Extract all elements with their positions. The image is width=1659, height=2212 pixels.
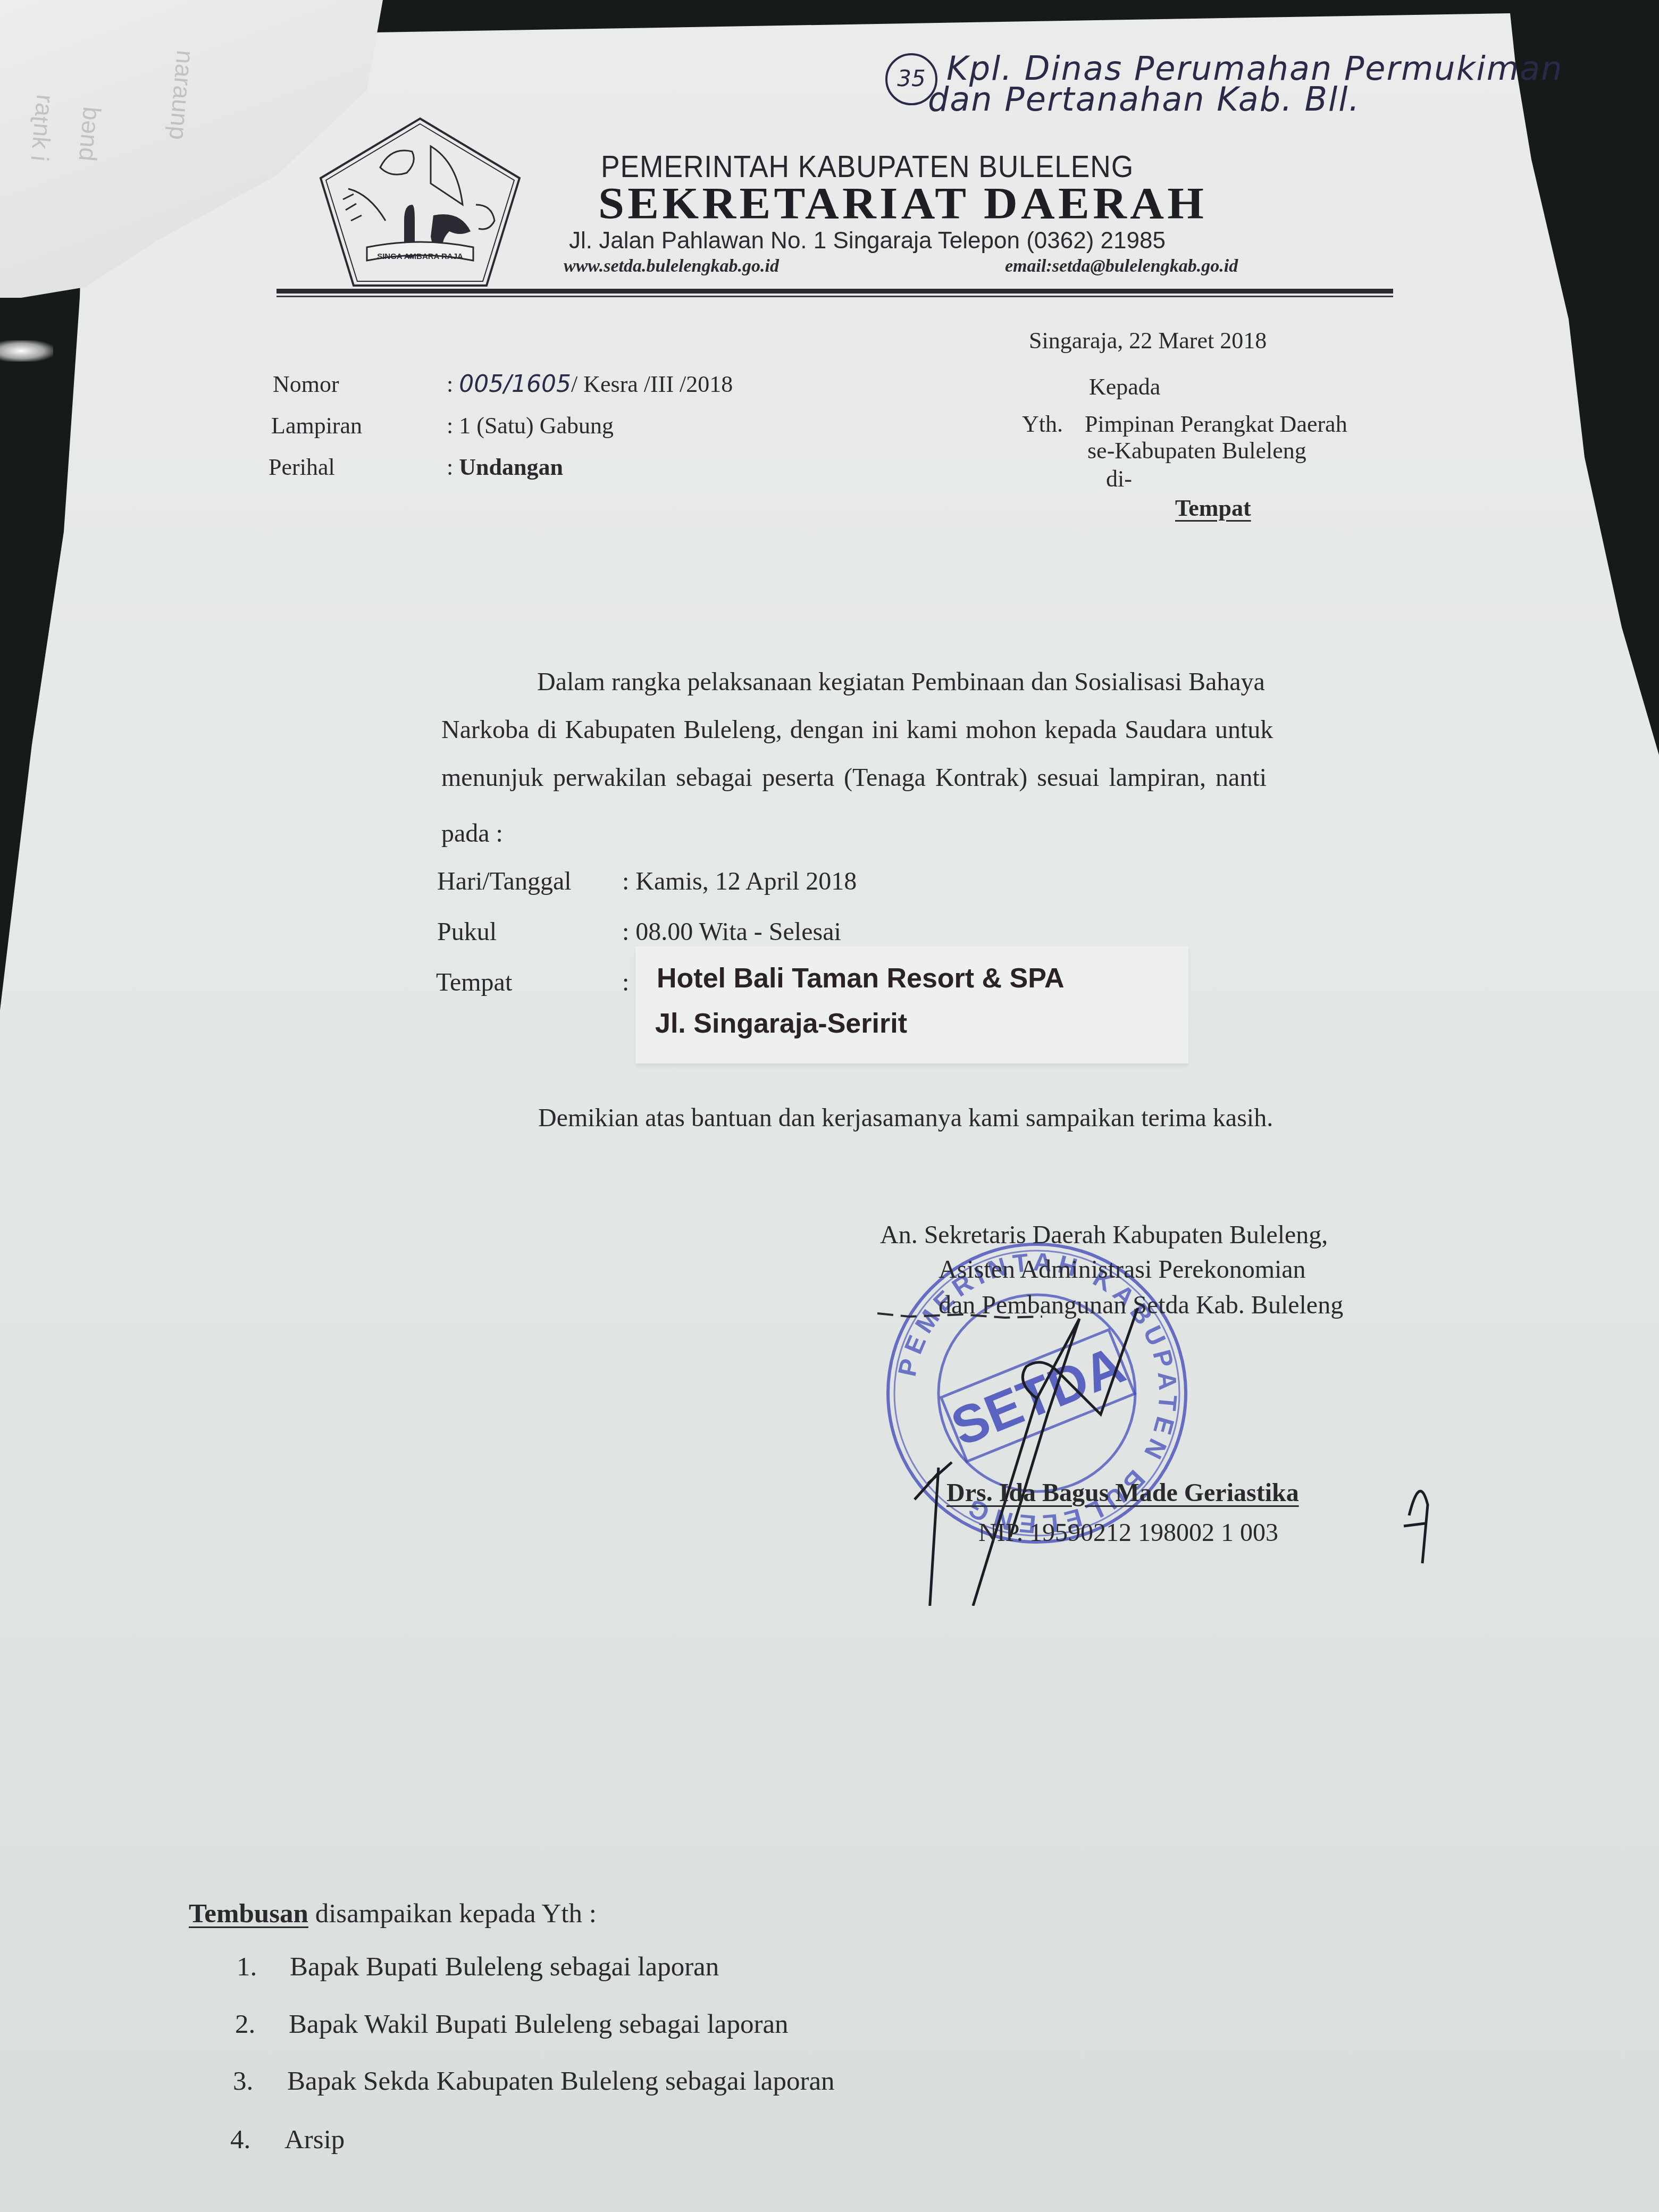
tembusan-heading-bold: Tembusan: [189, 1899, 308, 1929]
letterhead-rule-thick: [276, 289, 1393, 294]
lampiran-value: : 1 (Satu) Gabung: [447, 412, 614, 439]
venue-line1: Hotel Bali Taman Resort & SPA: [657, 962, 1065, 994]
nomor-label: Nomor: [273, 371, 339, 398]
paragraph-line-4: pada :: [441, 819, 503, 848]
recipient-line2: se-Kabupaten Buleleng: [1087, 437, 1306, 464]
yth-label: Yth.: [1022, 410, 1063, 438]
detail-value-place-colon: :: [622, 968, 629, 997]
signature-line2: Asisten Administrasi Perekonomian: [939, 1255, 1306, 1284]
logo-motto: SINGA AMBARA RAJA: [377, 252, 463, 261]
detail-value-date: : Kamis, 12 April 2018: [622, 867, 857, 896]
perihal-label: Perihal: [269, 454, 335, 481]
buleleng-coat-of-arms-icon: SINGA AMBARA RAJA: [316, 114, 524, 290]
letterhead-email: email:setda@bulelengkab.go.id: [1005, 256, 1238, 276]
ghost-text: ᴉ ʞuʇɐɹ: [21, 93, 56, 162]
signature-line1: An. Sekretaris Daerah Kabupaten Buleleng…: [880, 1220, 1328, 1250]
ghost-text: dunɐɹɐu: [160, 49, 196, 141]
letterhead-office: SEKRETARIAT DAERAH: [598, 178, 1207, 230]
separator: :: [447, 371, 453, 397]
signatory-name: Drs. Ida Bagus Made Geriastika: [946, 1478, 1299, 1507]
recipient-di: di-: [1106, 465, 1132, 492]
closing-sentence: Demikian atas bantuan dan kerjasamanya k…: [538, 1103, 1273, 1133]
detail-label-time: Pukul: [437, 917, 497, 946]
separator: :: [447, 413, 453, 439]
detail-label-date: Hari/Tanggal: [437, 867, 572, 896]
tembusan-heading-rest: disampaikan kepada Yth :: [308, 1899, 597, 1929]
tembusan-item-num: 1.: [237, 1951, 257, 1982]
tembusan-item-num: 2.: [235, 2009, 255, 2040]
paragraph-line-1: Dalam rangka pelaksanaan kegiatan Pembin…: [537, 667, 1265, 697]
lampiran-label: Lampiran: [271, 412, 362, 439]
detail-label-place: Tempat: [436, 968, 512, 997]
nomor-printed: / Kesra /III /2018: [571, 371, 733, 397]
venue-line2: Jl. Singaraja-Seririt: [655, 1008, 907, 1040]
paragraph-line-2: Narkoba di Kabupaten Buleleng, dengan in…: [441, 715, 1273, 744]
letterhead-rule-thin: [276, 296, 1393, 297]
detail-value-time: : 08.00 Wita - Selesai: [622, 917, 841, 946]
handwritten-signature-icon: [877, 1308, 1489, 1606]
letter-date: Singaraja, 22 Maret 2018: [1029, 327, 1267, 354]
tembusan-item-num: 3.: [233, 2066, 253, 2097]
handwritten-note-line2: dan Pertanahan Kab. Bll.: [928, 80, 1360, 119]
perihal-value: : Undangan: [447, 454, 563, 481]
tembusan-item: Bapak Sekda Kabupaten Buleleng sebagai l…: [287, 2066, 835, 2097]
letterhead-address: Jl. Jalan Pahlawan No. 1 Singaraja Telep…: [569, 228, 1166, 254]
letterhead-website: www.setda.bulelengkab.go.id: [564, 256, 779, 276]
tembusan-item: Bapak Bupati Buleleng sebagai laporan: [290, 1951, 719, 1982]
tembusan-item: Arsip: [284, 2124, 345, 2155]
kepada-label: Kepada: [1089, 373, 1160, 400]
lampiran-text: 1 (Satu) Gabung: [459, 413, 614, 439]
nomor-handwritten: 005/1605: [459, 371, 571, 398]
tembusan-heading: Tembusan disampaikan kepada Yth :: [189, 1898, 597, 1929]
signatory-nip: NIP. 19590212 198002 1 003: [978, 1518, 1278, 1547]
recipient-line1: Pimpinan Perangkat Daerah: [1085, 410, 1347, 438]
light-glare: [0, 340, 53, 362]
recipient-tempat: Tempat: [1175, 495, 1251, 522]
perihal-text: Undangan: [459, 454, 563, 480]
ghost-text: pueq: [69, 105, 103, 162]
separator: :: [447, 454, 453, 480]
nomor-value: : 005/1605/ Kesra /III /2018: [447, 371, 733, 398]
paragraph-line-3: menunjuk perwakilan sebagai peserta (Ten…: [441, 763, 1267, 792]
handwritten-number: 35: [897, 65, 925, 91]
tembusan-item: Bapak Wakil Bupati Buleleng sebagai lapo…: [289, 2009, 789, 2040]
tembusan-item-num: 4.: [230, 2124, 250, 2155]
